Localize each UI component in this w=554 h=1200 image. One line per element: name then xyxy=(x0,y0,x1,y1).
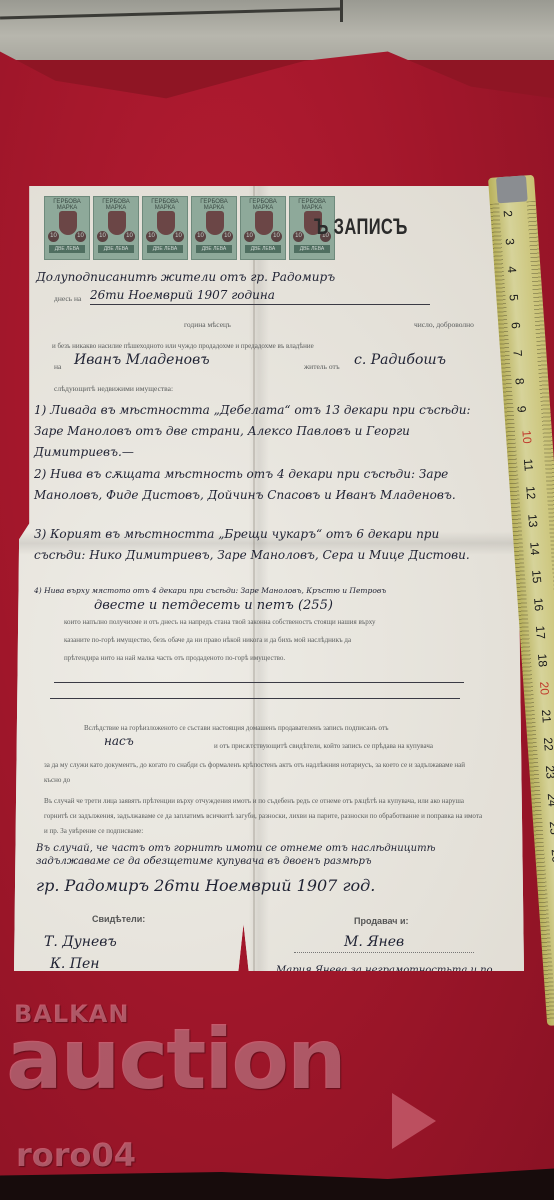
coat-of-arms-icon xyxy=(206,211,224,235)
witness-signature: Т. Дуневъ xyxy=(44,934,117,950)
watermark-brand-main: auction xyxy=(6,1010,345,1108)
tape-number: 11 xyxy=(521,458,536,471)
coat-of-arms-icon xyxy=(157,211,175,235)
tape-number: 15 xyxy=(529,569,544,583)
place-and-date: гр. Радомиръ 26ти Ноемврий 1907 год. xyxy=(36,876,375,895)
play-triangle-icon xyxy=(392,1093,436,1149)
printed-resident-label: житель отъ xyxy=(304,362,340,371)
revenue-stamps-strip: ГЕРБОВА МАРКА1010ДВЕ ЛЕВА ГЕРБОВА МАРКА1… xyxy=(44,196,335,260)
printed-paragraph: Въ случай че трети лица заявятъ прѣтенци… xyxy=(44,794,484,839)
revenue-stamp: ГЕРБОВА МАРКА1010ДВЕ ЛЕВА xyxy=(142,196,188,260)
revenue-stamp: ГЕРБОВА МАРКА1010ДВЕ ЛЕВА xyxy=(191,196,237,260)
handwritten-amount: двесте и петдесеть и петъ (255) xyxy=(94,598,333,613)
revenue-stamp: ГЕРБОВА МАРКА1010ДВЕ ЛЕВА xyxy=(44,196,90,260)
coat-of-arms-icon xyxy=(108,211,126,235)
watermark-username: roro04 xyxy=(16,1136,136,1174)
coat-of-arms-icon xyxy=(59,211,77,235)
handwritten-date: 26ти Ноемврий 1907 година xyxy=(90,288,275,302)
fill-line xyxy=(50,698,460,699)
handwritten-item-2: 2) Нива въ сѫщата мѣстность отъ 4 декари… xyxy=(34,464,474,506)
tape-number: 22 xyxy=(541,737,554,751)
tape-number: 26 xyxy=(549,849,554,863)
handwritten-inserted-note: 4) Нива върху мястото отъ 4 декари при с… xyxy=(34,586,386,595)
handwritten-buyer-name: Иванъ Младеновъ xyxy=(74,352,210,368)
printed-paragraph: Вслѣдствие на горѣизложеното се състави … xyxy=(84,720,484,736)
handwritten-item-1: 1) Ливада въ мѣстността „Дебелата“ отъ 1… xyxy=(34,400,474,463)
printed-voluntary-label: число, доброволно xyxy=(414,320,474,329)
tape-number: 8 xyxy=(512,377,526,385)
tape-number: 18 xyxy=(535,653,550,667)
printed-to-label: на xyxy=(54,362,61,371)
printed-paragraph: и отъ присѫтствующитѣ свидѣтели, който з… xyxy=(214,742,433,750)
stone-floor-background xyxy=(0,0,554,60)
floor-seam xyxy=(0,8,340,20)
tape-hook xyxy=(496,175,528,203)
tape-number: 25 xyxy=(547,821,554,835)
tape-number: 9 xyxy=(514,405,528,413)
tape-number: 24 xyxy=(545,793,554,807)
handwritten-village: с. Радибошъ xyxy=(354,352,446,368)
sellers-label: Продавач и: xyxy=(354,916,409,926)
printed-paragraph: казаните по-горѣ имущество, безъ обаче д… xyxy=(64,636,351,644)
handwritten-item-3: 3) Корият въ мѣстността „Брещи чукаръ“ о… xyxy=(34,524,474,566)
fill-line xyxy=(90,304,430,305)
tape-number: 23 xyxy=(543,765,554,779)
tape-number: 3 xyxy=(503,238,517,246)
tape-number: 21 xyxy=(539,709,554,723)
revenue-stamp: ГЕРБОВА МАРКА1010ДВЕ ЛЕВА xyxy=(240,196,286,260)
seller-signature: М. Янев xyxy=(344,934,404,950)
floor-seam xyxy=(340,0,343,22)
printed-properties-label: слѣдующитѣ недвижими имущества: xyxy=(54,384,173,393)
tape-number-highlight: 10 xyxy=(519,430,534,444)
handwritten-sellers-line: Долуподписанитѣ жители отъ гр. Радомиръ xyxy=(36,270,335,284)
witnesses-label: Свидѣтели: xyxy=(92,914,145,924)
tape-number: 13 xyxy=(525,514,540,528)
revenue-stamp: ГЕРБОВА МАРКА1010ДВЕ ЛЕВА xyxy=(93,196,139,260)
document-sheet: ГЕРБОВА МАРКА1010ДВЕ ЛЕВА ГЕРБОВА МАРКА1… xyxy=(14,186,524,971)
tape-number: 14 xyxy=(527,541,542,555)
handwritten-by-whom: насъ xyxy=(104,734,134,748)
signature-line xyxy=(294,952,474,953)
printed-month-label: година мѣсецъ xyxy=(184,320,231,329)
document-title: Ъ ЗАПИСЪ xyxy=(314,214,408,240)
printed-date-prefix: днесь на xyxy=(54,294,81,303)
tape-number: 5 xyxy=(507,294,521,302)
printed-paragraph: които напълно получихме и отъ днесъ на н… xyxy=(64,618,375,626)
tape-number: 7 xyxy=(510,350,524,358)
tape-number: 4 xyxy=(505,266,519,274)
tape-number: 17 xyxy=(533,625,548,639)
printed-paragraph: за да му служи като документъ, до когато… xyxy=(44,758,484,788)
tape-number: 16 xyxy=(531,597,546,611)
tape-number: 6 xyxy=(508,322,522,330)
tape-number: 12 xyxy=(523,486,538,500)
printed-sale-clause: и безъ никакво насилие пѣшеходното или ч… xyxy=(52,342,314,350)
handwritten-addendum: Въ случай, че частъ отъ горнитѣ имоти се… xyxy=(36,842,496,868)
tape-number: 2 xyxy=(501,210,515,218)
printed-paragraph: прѣтендира нито на най малка часть отъ п… xyxy=(64,654,285,662)
coat-of-arms-icon xyxy=(255,211,273,235)
tape-number-highlight: 20 xyxy=(537,681,552,695)
witness-signature: К. Пен xyxy=(50,956,99,972)
fill-line xyxy=(54,682,464,683)
